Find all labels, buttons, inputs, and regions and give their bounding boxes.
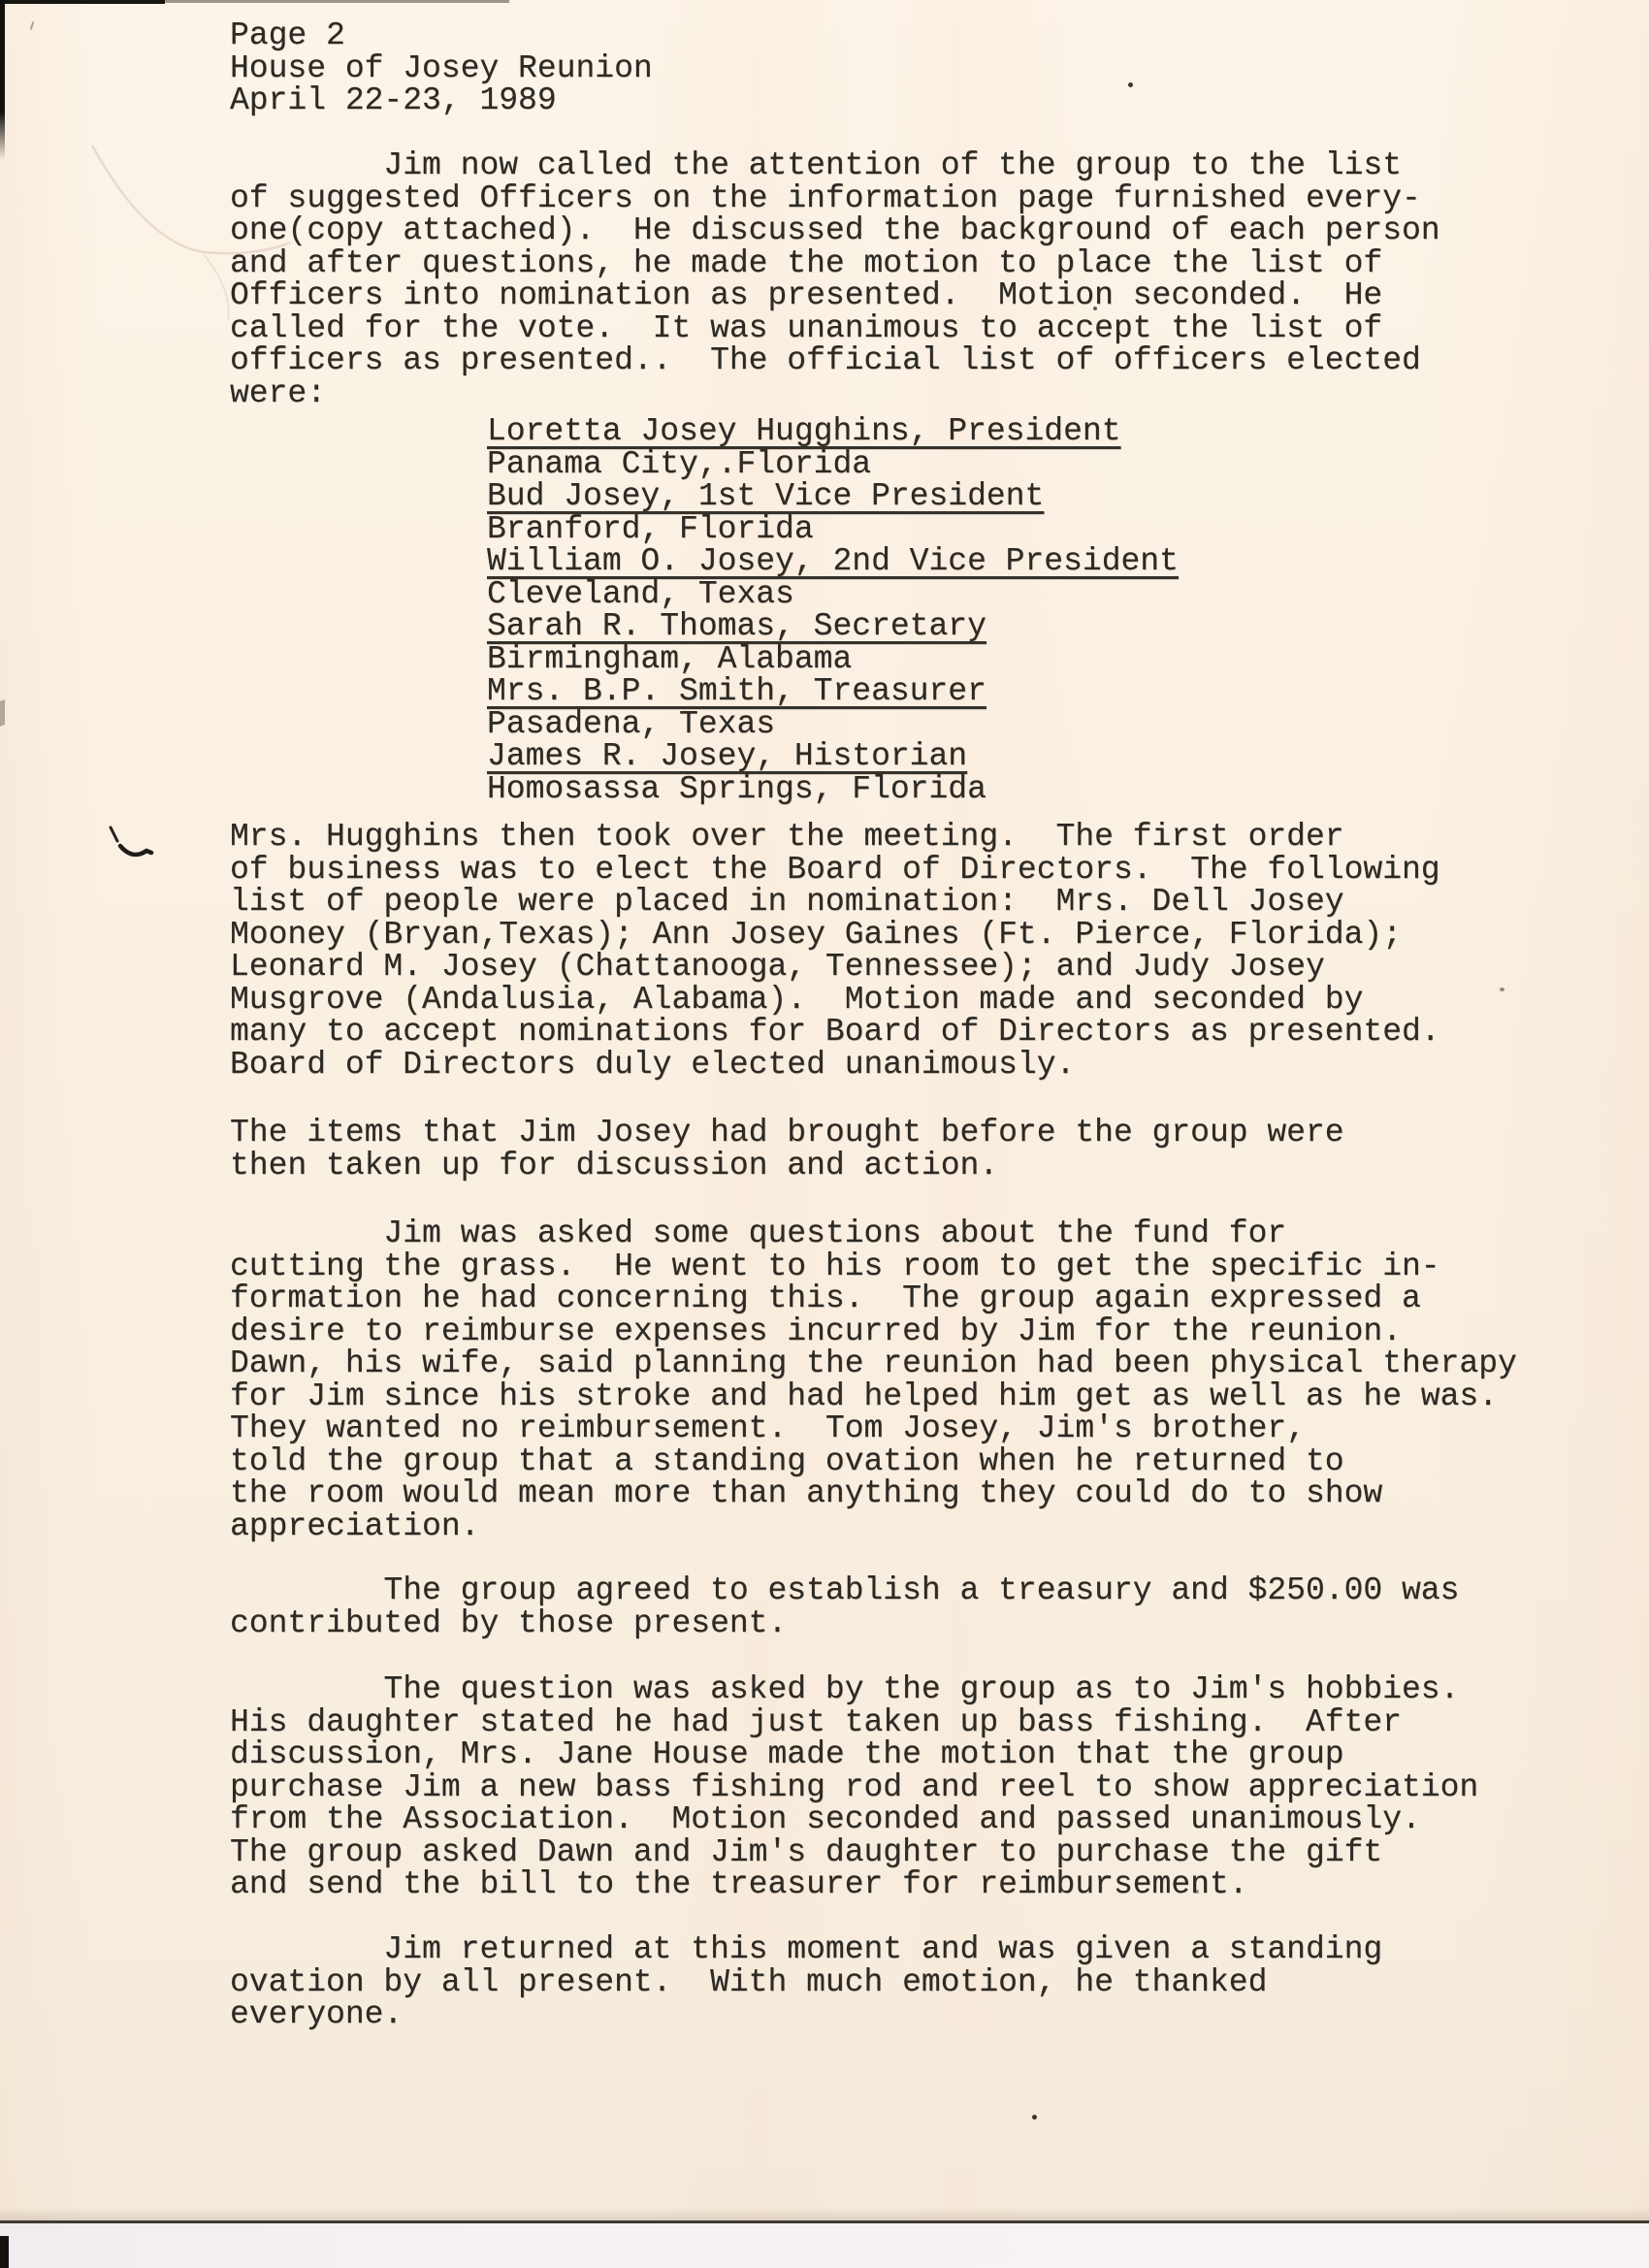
officer-line: Sarah R. Thomas, Secretary <box>487 610 1179 643</box>
text-line: Mrs. Hugghins then took over the meeting… <box>230 821 1440 854</box>
officer-line: James R. Josey, Historian <box>487 740 1179 773</box>
text-line: desire to reimburse expenses incurred by… <box>230 1315 1517 1348</box>
ink-speck <box>1093 307 1097 310</box>
text-line: appreciation. <box>230 1510 1517 1543</box>
scan-edge-bottom-left <box>0 2236 9 2268</box>
text-line: of business was to elect the Board of Di… <box>230 854 1440 887</box>
text-line: for Jim since his stroke and had helped … <box>230 1380 1517 1413</box>
text-line: Musgrove (Andalusia, Alabama). Motion ma… <box>230 984 1440 1017</box>
text-line: Dawn, his wife, said planning the reunio… <box>230 1347 1517 1380</box>
text-line: formation he had concerning this. The gr… <box>230 1282 1517 1315</box>
text-line: of suggested Officers on the information… <box>230 182 1440 215</box>
paragraph-board-of-directors: Mrs. Hugghins then took over the meeting… <box>230 821 1440 1081</box>
text-line: list of people were placed in nomination… <box>230 886 1440 919</box>
text-line: and send the bill to the treasurer for r… <box>230 1868 1478 1901</box>
text-line: The items that Jim Josey had brought bef… <box>230 1117 1344 1150</box>
header-line: House of Josey Reunion <box>230 52 653 85</box>
text-line: from the Association. Motion seconded an… <box>230 1803 1478 1836</box>
text-line: The group agreed to establish a treasury… <box>230 1574 1459 1607</box>
text-line: Jim now called the attention of the grou… <box>230 149 1440 182</box>
text-line: called for the vote. It was unanimous to… <box>230 312 1440 345</box>
text-line: Board of Directors duly elected unanimou… <box>230 1049 1440 1082</box>
paragraph-standing-ovation: Jim returned at this moment and was give… <box>230 1933 1382 2031</box>
officer-line: William O. Josey, 2nd Vice President <box>487 545 1179 578</box>
officer-line: Homosassa Springs, Florida <box>487 773 1179 806</box>
text-line: and after questions, he made the motion … <box>230 247 1440 280</box>
officer-line: Cleveland, Texas <box>487 578 1179 611</box>
scan-edge-left <box>0 0 5 160</box>
officers-list: Loretta Josey Hugghins, PresidentPanama … <box>487 415 1179 805</box>
text-line: many to accept nominations for Board of … <box>230 1016 1440 1049</box>
text-line: officers as presented.. The official lis… <box>230 344 1440 377</box>
text-line: were: <box>230 377 1440 410</box>
text-line: Jim was asked some questions about the f… <box>230 1217 1517 1250</box>
scanned-document: Page 2House of Josey ReunionApril 22-23,… <box>0 0 1649 2268</box>
text-line: discussion, Mrs. Jane House made the mot… <box>230 1738 1478 1771</box>
ink-speck <box>1032 2115 1037 2120</box>
officer-line: Pasadena, Texas <box>487 708 1179 741</box>
officer-line: Mrs. B.P. Smith, Treasurer <box>487 675 1179 708</box>
text-line: everyone. <box>230 1998 1382 2031</box>
ink-check-mark <box>105 823 155 867</box>
paragraph-items-discussion: The items that Jim Josey had brought bef… <box>230 1117 1344 1182</box>
text-line: then taken up for discussion and action. <box>230 1150 1344 1183</box>
officer-line: Panama City,.Florida <box>487 448 1179 481</box>
text-line: His daughter stated he had just taken up… <box>230 1706 1478 1739</box>
text-line: cutting the grass. He went to his room t… <box>230 1250 1517 1283</box>
paragraph-grass-fund: Jim was asked some questions about the f… <box>230 1217 1517 1542</box>
header-line: Page 2 <box>230 19 653 52</box>
text-line: Jim returned at this moment and was give… <box>230 1933 1382 1966</box>
text-line: The group asked Dawn and Jim's daughter … <box>230 1836 1478 1869</box>
ink-speck <box>1195 1890 1199 1894</box>
ink-speck <box>1128 82 1133 87</box>
text-line: the room would mean more than anything t… <box>230 1477 1517 1510</box>
scanner-bed <box>0 2223 1649 2268</box>
text-line: one(copy attached). He discussed the bac… <box>230 214 1440 247</box>
paper-sheet: Page 2House of Josey ReunionApril 22-23,… <box>0 0 1649 2220</box>
officer-line: Birmingham, Alabama <box>487 643 1179 676</box>
scan-edge-top <box>0 0 165 4</box>
text-line: purchase Jim a new bass fishing rod and … <box>230 1771 1478 1804</box>
scan-edge-nick <box>0 699 5 727</box>
text-line: told the group that a standing ovation w… <box>230 1445 1517 1478</box>
officer-line: Loretta Josey Hugghins, President <box>487 415 1179 448</box>
header-line: April 22-23, 1989 <box>230 84 653 117</box>
officer-line: Branford, Florida <box>487 513 1179 546</box>
text-line: contributed by those present. <box>230 1607 1459 1640</box>
text-line: Officers into nomination as presented. M… <box>230 279 1440 312</box>
officer-line: Bud Josey, 1st Vice President <box>487 480 1179 513</box>
text-line: Leonard M. Josey (Chattanooga, Tennessee… <box>230 951 1440 984</box>
page-header: Page 2House of Josey ReunionApril 22-23,… <box>230 19 653 117</box>
paragraph-officers-nomination: Jim now called the attention of the grou… <box>230 149 1440 409</box>
ink-speck <box>1500 988 1504 991</box>
text-line: The question was asked by the group as t… <box>230 1673 1478 1706</box>
text-line: Mooney (Bryan,Texas); Ann Josey Gaines (… <box>230 919 1440 952</box>
text-line: They wanted no reimbursement. Tom Josey,… <box>230 1412 1517 1445</box>
paragraph-fishing-gift: The question was asked by the group as t… <box>230 1673 1478 1901</box>
scan-edge-top-faint <box>165 0 509 3</box>
text-line: ovation by all present. With much emotio… <box>230 1966 1382 1999</box>
paragraph-treasury: The group agreed to establish a treasury… <box>230 1574 1459 1639</box>
